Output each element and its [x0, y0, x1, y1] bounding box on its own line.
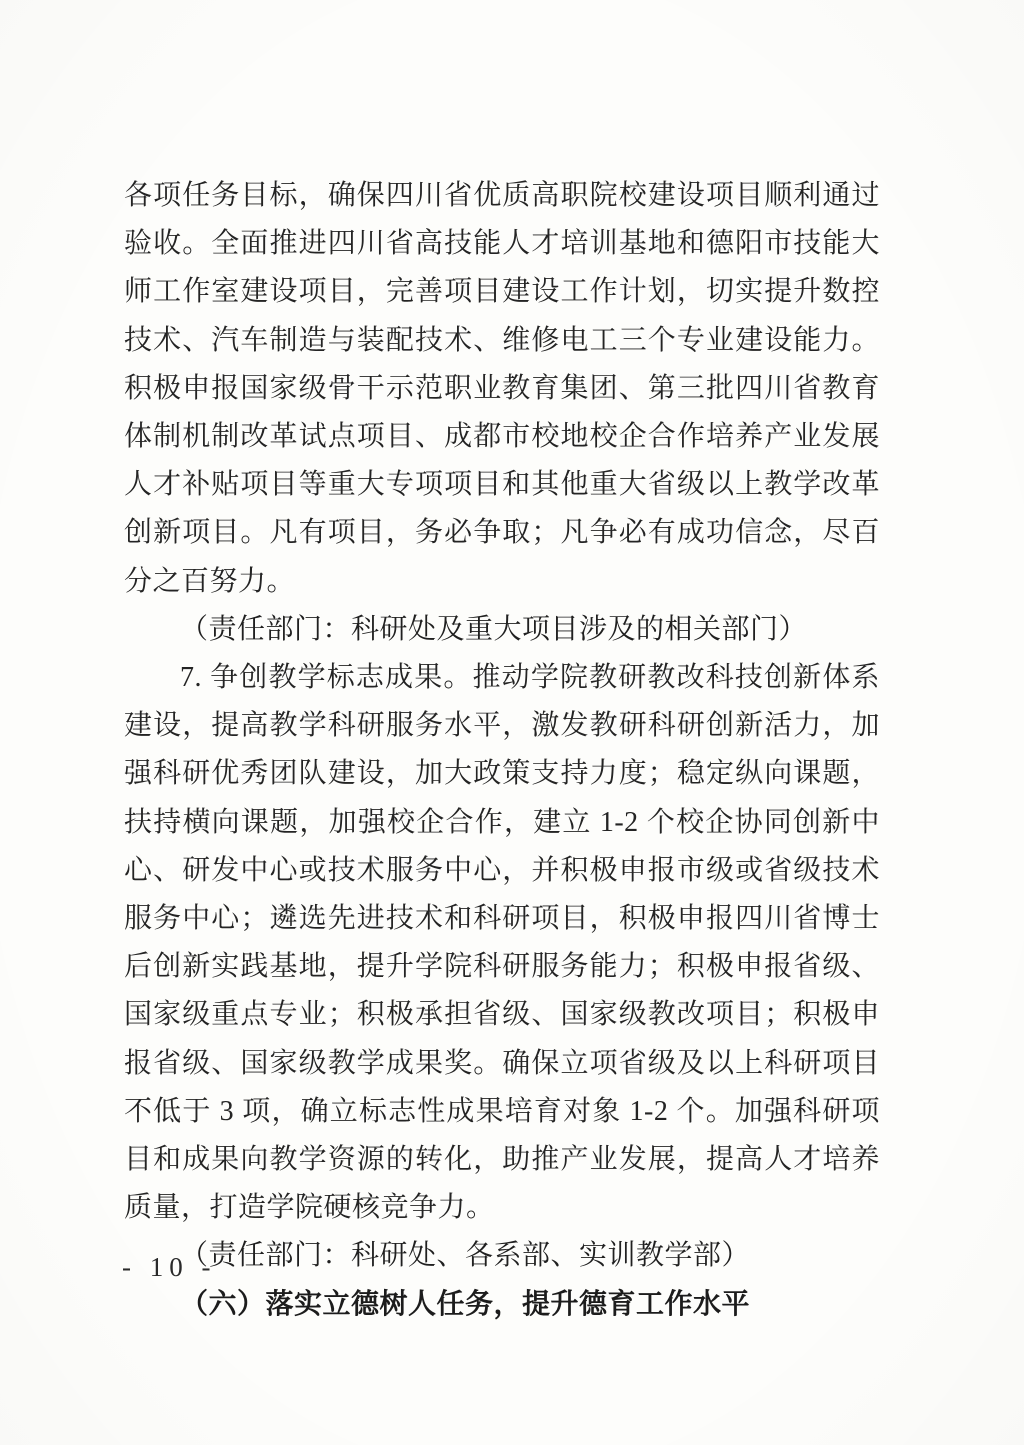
- responsibility-note-major-projects: （责任部门：科研处及重大项目涉及的相关部门）: [124, 606, 880, 654]
- responsibility-note-item-7: （责任部门：科研处、各系部、实训教学部）: [124, 1232, 880, 1280]
- document-body: 各项任务目标，确保四川省优质高职院校建设项目顺利通过验收。全面推进四川省高技能人…: [124, 172, 880, 1329]
- paragraph-continuation: 各项任务目标，确保四川省优质高职院校建设项目顺利通过验收。全面推进四川省高技能人…: [124, 172, 880, 606]
- section-heading-six: （六）落实立德树人任务，提升德育工作水平: [124, 1281, 880, 1329]
- paragraph-item-7: 7. 争创教学标志成果。推动学院教研教改科技创新体系建设，提高教学科研服务水平，…: [124, 654, 880, 1232]
- page-number: - 10 -: [122, 1252, 216, 1283]
- document-page: 各项任务目标，确保四川省优质高职院校建设项目顺利通过验收。全面推进四川省高技能人…: [0, 0, 1024, 1445]
